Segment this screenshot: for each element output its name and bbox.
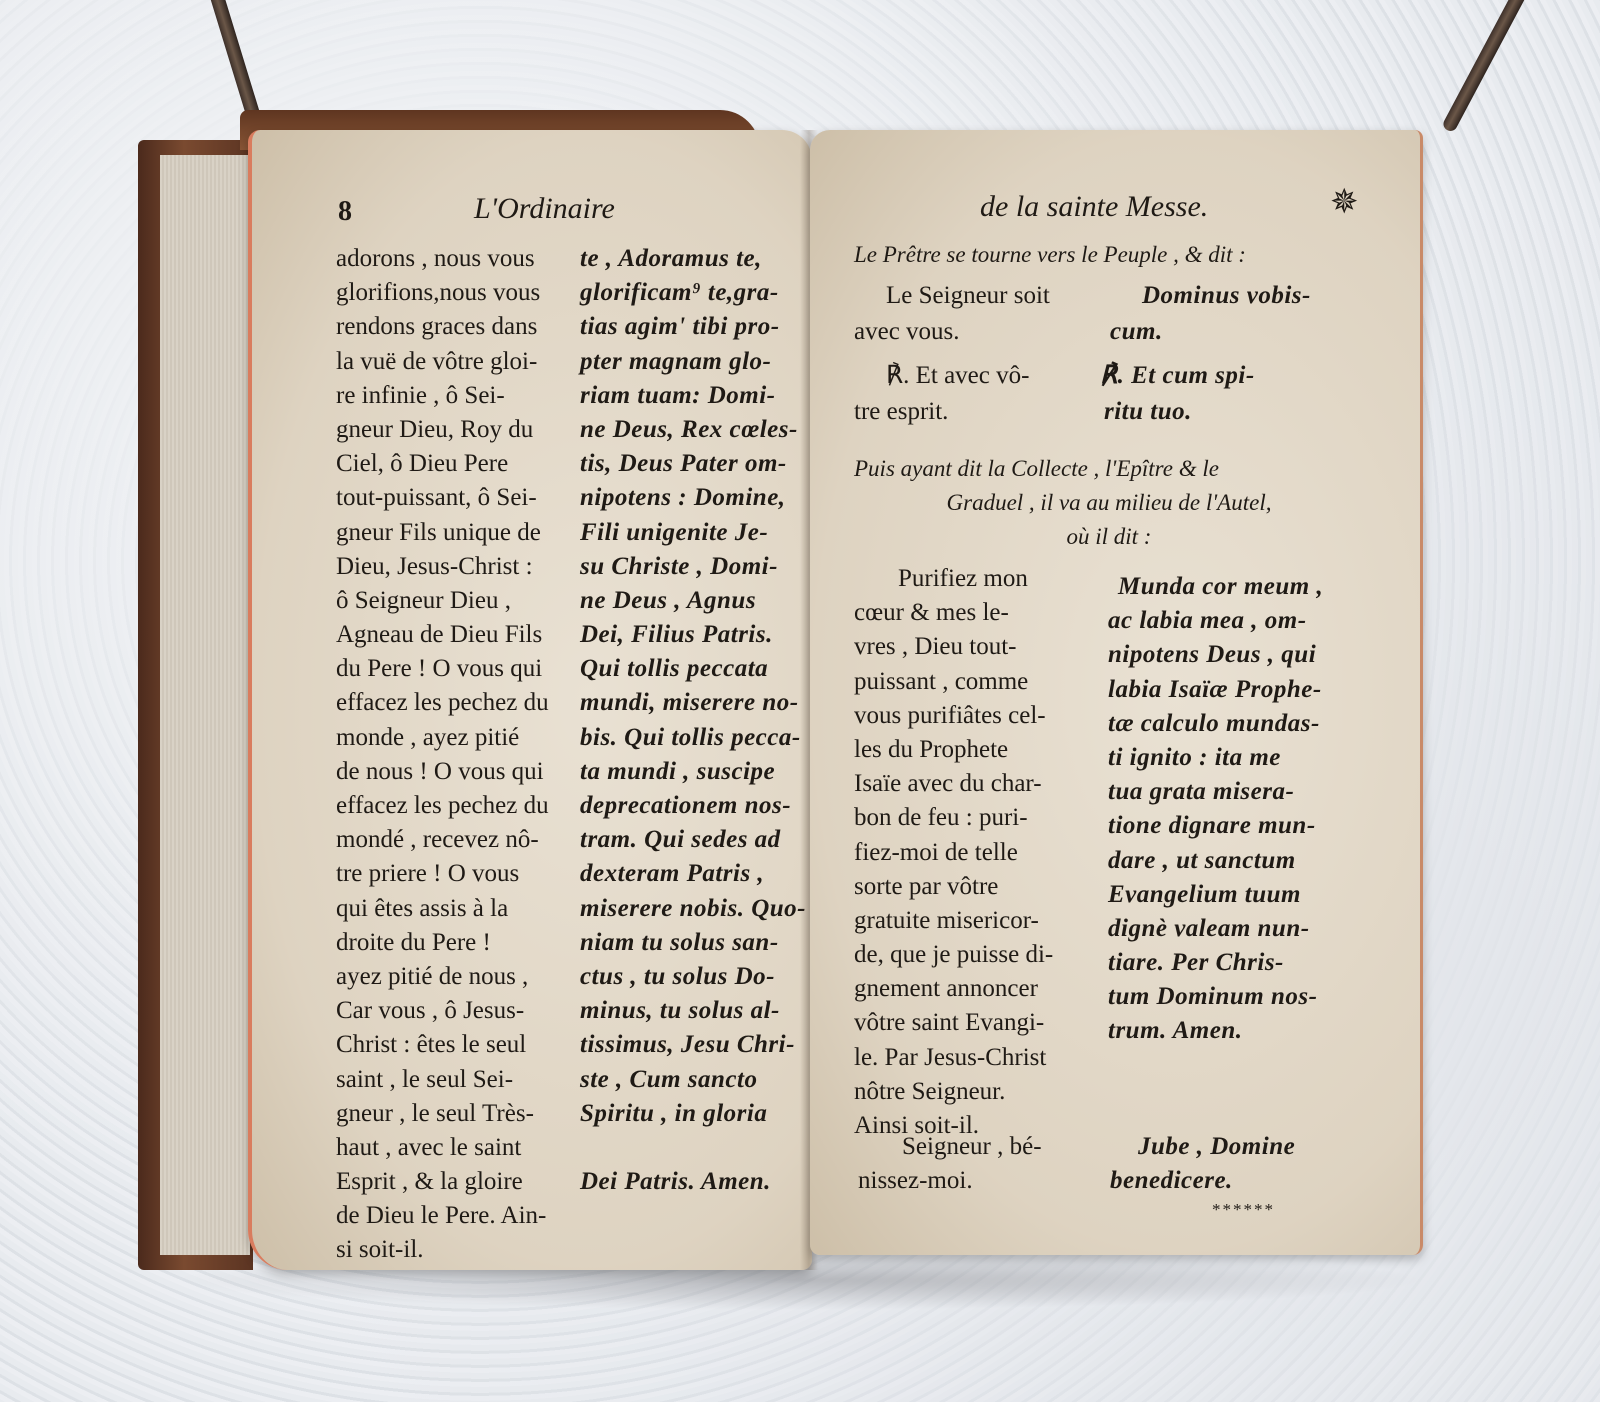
jube-domine-french: Seigneur , bé- nissez-moi. (854, 1130, 1042, 1198)
text-line: tram. Qui sedes ad (580, 823, 806, 857)
holding-rod-right (1441, 0, 1533, 133)
left-page: 8 L'Ordinaire adorons , nous vous glorif… (248, 130, 812, 1270)
text-line: vôtre saint Evangi- (854, 1006, 1053, 1040)
text-line: tias agim' tibi pro- (580, 310, 806, 344)
running-head-left: L'Ordinaire (474, 192, 615, 226)
text-line: te , Adoramus te, (580, 242, 806, 276)
text-line: mundi, miserere no- (580, 686, 806, 720)
text-line: tua grata misera- (1108, 775, 1323, 809)
text-line: Graduel , il va au milieu de l'Autel, (854, 486, 1364, 520)
text-line: effacez les pechez du (336, 789, 549, 823)
text-line: gneur Fils unique de (336, 516, 549, 550)
text-line: ayez pitié de nous , (336, 960, 549, 994)
text-line: adorons , nous vous (336, 242, 549, 276)
text-line: ne Deus , Agnus (580, 584, 806, 618)
text-line: les du Prophete (854, 733, 1053, 767)
text-line: Purifiez mon (854, 562, 1053, 596)
jube-domine-latin: Jube , Domine benedicere. (1110, 1130, 1295, 1198)
rubric-priest-turns: Le Prêtre se tourne vers le Peuple , & d… (854, 242, 1246, 268)
text-line: ac labia mea , om- (1108, 604, 1323, 638)
text-line: Dieu, Jesus-Christ : (336, 550, 549, 584)
text-line: gneur Dieu, Roy du (336, 413, 549, 447)
text-line: du Pere ! O vous qui (336, 652, 549, 686)
text-line: nôtre Seigneur. (854, 1075, 1053, 1109)
text-line: Munda cor meum , (1108, 570, 1323, 604)
rubric-collect: Puis ayant dit la Collecte , l'Epître & … (854, 452, 1364, 554)
text-line: tre esprit. (854, 394, 1029, 430)
text-line: Qui tollis peccata (580, 652, 806, 686)
running-head-right: de la sainte Messe. (980, 190, 1208, 224)
text-line: ritu tuo. (1100, 394, 1255, 430)
text-line: le. Par Jesus-Christ (854, 1041, 1053, 1075)
dominus-vobiscum-latin: Dominus vobis- cum. (1110, 278, 1311, 350)
endpaper-edge (160, 155, 250, 1255)
text-line: Isaïe avec du char- (854, 767, 1053, 801)
munda-cor-french: Purifiez mon cœur & mes le- vres , Dieu … (854, 562, 1053, 1143)
text-line: mondé , recevez nô- (336, 823, 549, 857)
text-line: gratuite misericor- (854, 904, 1053, 938)
text-line: glorificam⁹ te,gra- (580, 276, 806, 310)
text-line: tiare. Per Chris- (1108, 946, 1323, 980)
text-line: ctus , tu solus Do- (580, 960, 806, 994)
text-line: riam tuam: Domi- (580, 379, 806, 413)
text-line: Car vous , ô Jesus- (336, 994, 549, 1028)
text-line: bon de feu : puri- (854, 801, 1053, 835)
text-line: ste , Cum sancto (580, 1063, 806, 1097)
text-line: où il dit : (854, 520, 1364, 554)
text-line: ℟. Et avec vô- (854, 358, 1029, 394)
text-line: gneur , le seul Très- (336, 1097, 549, 1131)
text-line: Esprit , & la gloire (336, 1165, 549, 1199)
text-line: de Dieu le Pere. Ain- (336, 1199, 549, 1233)
text-line: labia Isaïæ Prophe- (1108, 673, 1323, 707)
text-line: Seigneur , bé- (854, 1130, 1042, 1164)
text-line: avec vous. (854, 314, 1050, 350)
text-line: vous purifiâtes cel- (854, 699, 1053, 733)
text-line: fiez-moi de telle (854, 836, 1053, 870)
text-line: Puis ayant dit la Collecte , l'Epître & … (854, 452, 1364, 486)
text-line: cum. (1110, 314, 1311, 350)
text-line: nissez-moi. (854, 1164, 1042, 1198)
text-line: su Christe , Domi- (580, 550, 806, 584)
text-line: Dei Patris. Amen. (580, 1165, 806, 1199)
text-line: miserere nobis. Quo- (580, 892, 806, 926)
text-line: qui êtes assis à la (336, 892, 549, 926)
text-line: sorte par vôtre (854, 870, 1053, 904)
text-line: monde , ayez pitié (336, 721, 549, 755)
text-line: gnement annoncer (854, 972, 1053, 1006)
text-line: bis. Qui tollis pecca- (580, 721, 806, 755)
text-line: la vuë de vôtre gloi- (336, 345, 549, 379)
text-line: rendons graces dans (336, 310, 549, 344)
text-line (580, 1131, 806, 1165)
text-line: dare , ut sanctum (1108, 844, 1323, 878)
text-line: tout-puissant, ô Sei- (336, 481, 549, 515)
text-line: tre priere ! O vous (336, 857, 549, 891)
text-line: Jube , Domine (1110, 1130, 1295, 1164)
right-page: de la sainte Messe. ✵ Le Prêtre se tourn… (810, 130, 1423, 1255)
text-line: ti ignito : ita me (1108, 741, 1323, 775)
text-line: ne Deus, Rex cœles- (580, 413, 806, 447)
text-line: puissant , comme (854, 665, 1053, 699)
text-line: deprecationem nos- (580, 789, 806, 823)
text-line: nipotens Deus , qui (1108, 638, 1323, 672)
text-line: tione dignare mun- (1108, 809, 1323, 843)
text-line: haut , avec le saint (336, 1131, 549, 1165)
text-line: saint , le seul Sei- (336, 1063, 549, 1097)
text-line: de, que je puisse di- (854, 938, 1053, 972)
text-line: glorifions,nous vous (336, 276, 549, 310)
text-line: benedicere. (1110, 1164, 1295, 1198)
french-column: adorons , nous vous glorifions,nous vous… (336, 242, 549, 1268)
text-line: droite du Pere ! (336, 926, 549, 960)
text-line: ô Seigneur Dieu , (336, 584, 549, 618)
text-line: ta mundi , suscipe (580, 755, 806, 789)
text-line: de nous ! O vous qui (336, 755, 549, 789)
printer-ornament-icon: ✵ (1330, 182, 1359, 222)
text-line: minus, tu solus al- (580, 994, 806, 1028)
response-french: ℟. Et avec vô- tre esprit. (854, 358, 1029, 430)
text-line: tæ calculo mundas- (1108, 707, 1323, 741)
text-line: Dei, Filius Patris. (580, 618, 806, 652)
text-line: nipotens : Domine, (580, 481, 806, 515)
text-line: dignè valeam nun- (1108, 912, 1323, 946)
text-line: tissimus, Jesu Chri- (580, 1028, 806, 1062)
latin-column: te , Adoramus te, glorificam⁹ te,gra- ti… (580, 242, 806, 1199)
text-line: re infinie , ô Sei- (336, 379, 549, 413)
text-line: Fili unigenite Je- (580, 516, 806, 550)
text-line: Dominus vobis- (1110, 278, 1311, 314)
text-line: vres , Dieu tout- (854, 630, 1053, 664)
dominus-vobiscum-french: Le Seigneur soit avec vous. (854, 278, 1050, 350)
text-line: dexteram Patris , (580, 857, 806, 891)
text-line: Le Seigneur soit (854, 278, 1050, 314)
text-line: effacez les pechez du (336, 686, 549, 720)
text-line: tis, Deus Pater om- (580, 447, 806, 481)
text-line: Spiritu , in gloria (580, 1097, 806, 1131)
text-line: Ciel, ô Dieu Pere (336, 447, 549, 481)
text-line: Christ : êtes le seul (336, 1028, 549, 1062)
text-line: tum Dominum nos- (1108, 980, 1323, 1014)
text-line: cœur & mes le- (854, 596, 1053, 630)
text-line: trum. Amen. (1108, 1014, 1323, 1048)
text-line: niam tu solus san- (580, 926, 806, 960)
munda-cor-latin: Munda cor meum , ac labia mea , om- nipo… (1108, 570, 1323, 1049)
text-line: ℟. Et cum spi- (1100, 358, 1255, 394)
folio-number: 8 (338, 196, 352, 228)
text-line: si soit-il. (336, 1233, 549, 1267)
text-line: Agneau de Dieu Fils (336, 618, 549, 652)
end-mark-asterisks: ****** (1212, 1200, 1275, 1220)
response-latin: ℟. Et cum spi- ritu tuo. (1100, 358, 1255, 430)
text-line: pter magnam glo- (580, 345, 806, 379)
text-line: Evangelium tuum (1108, 878, 1323, 912)
